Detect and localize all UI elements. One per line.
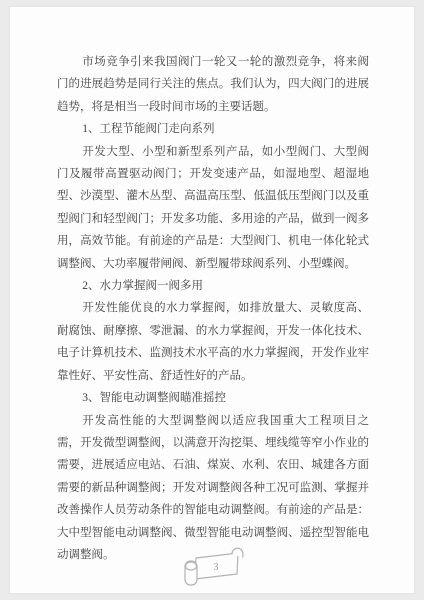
section-2-heading: 2、水力掌握阀一阀多用 bbox=[57, 275, 369, 297]
document-body: 市场竞争引来我国阀门一轮又一轮的激烈竞争，将来阀门的进展趋势是同行关注的焦点。我… bbox=[57, 51, 369, 566]
document-page: 市场竞争引来我国阀门一轮又一轮的激烈竞争，将来阀门的进展趋势是同行关注的焦点。我… bbox=[10, 7, 414, 593]
page-footer: 3 bbox=[10, 543, 414, 589]
section-1-paragraph: 开发大型、小型和新型系列产品，如小型阀门、大型阀门及履带高置驱动阀门；开发变速产… bbox=[57, 141, 369, 275]
page-number: 3 bbox=[214, 562, 219, 573]
section-1-heading: 1、工程节能阀门走向系列 bbox=[57, 118, 369, 140]
scroll-banner-icon: 3 bbox=[176, 543, 248, 589]
section-2-paragraph: 开发性能优良的水力掌握阀，如排放量大、灵敏度高、耐腐蚀、耐摩擦、零泄漏、的水力掌… bbox=[57, 297, 369, 387]
section-3-heading: 3、智能电动调整阀瞄准摇控 bbox=[57, 387, 369, 409]
intro-paragraph: 市场竞争引来我国阀门一轮又一轮的激烈竞争，将来阀门的进展趋势是同行关注的焦点。我… bbox=[57, 51, 369, 118]
